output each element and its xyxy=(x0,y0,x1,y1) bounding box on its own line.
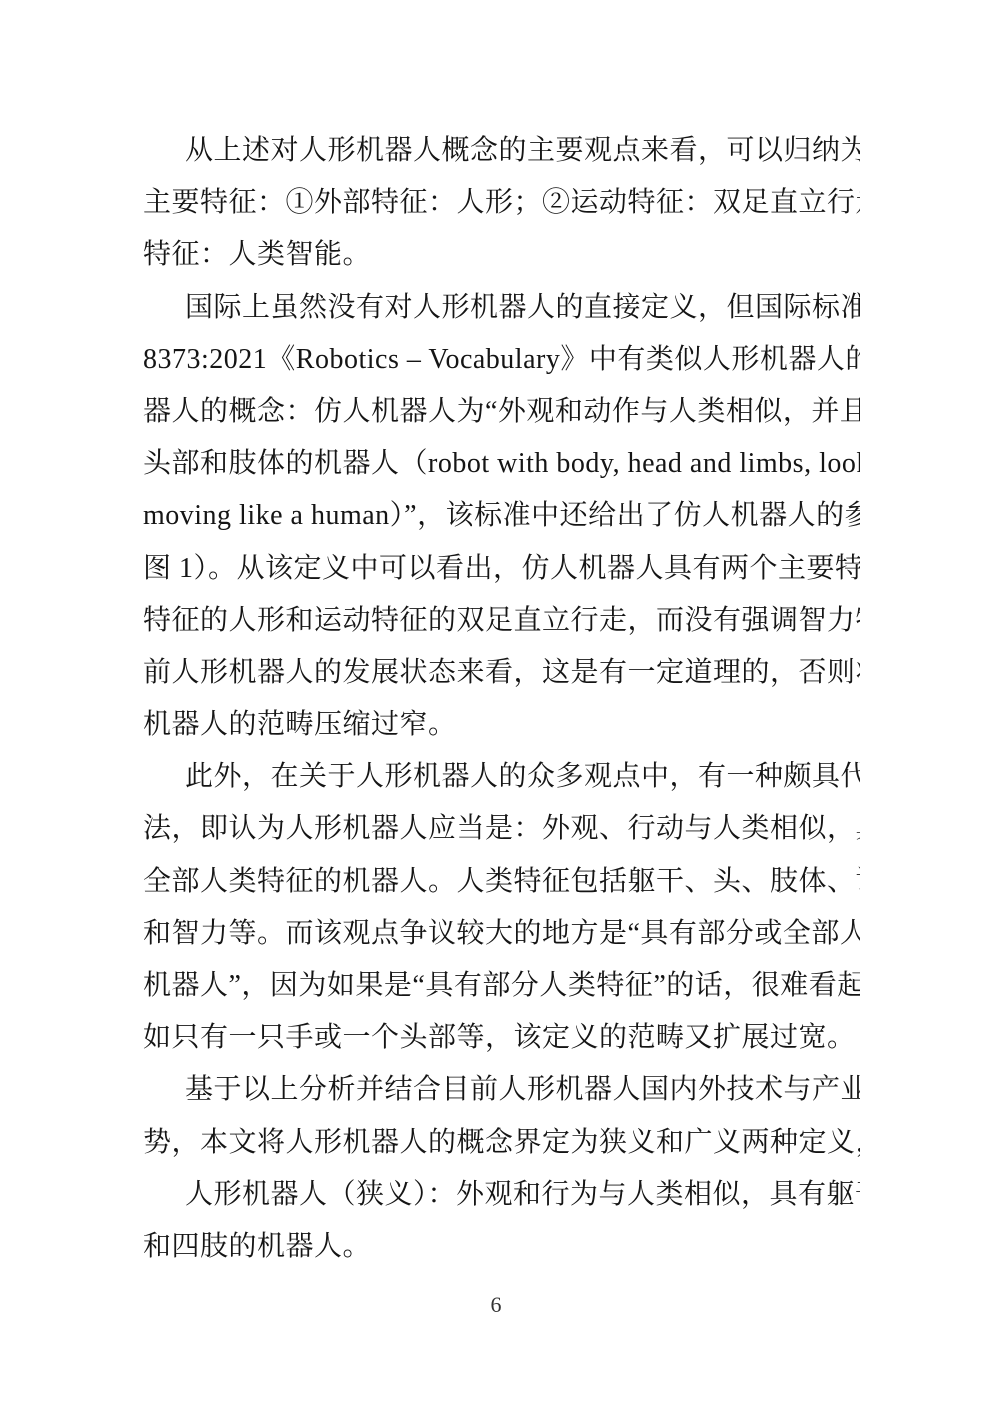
text-line: 从上述对人形机器人概念的主要观点来看，可以归纳为如下三个 xyxy=(143,125,860,177)
paragraph: 从上述对人形机器人概念的主要观点来看，可以归纳为如下三个 主要特征：①外部特征：… xyxy=(143,125,860,282)
text-line: 图 1）。从该定义中可以看出，仿人机器人具有两个主要特征，即外部 xyxy=(143,543,860,595)
text-line: 特征：人类智能。 xyxy=(143,229,860,281)
text-line: 和四肢的机器人。 xyxy=(143,1221,860,1273)
text-line: 机器人”，因为如果是“具有部分人类特征”的话，很难看起来像“人”， xyxy=(143,960,860,1012)
page-number: 6 xyxy=(0,1290,992,1320)
text-line: 人形机器人（狭义）：外观和行为与人类相似，具有躯干、头部 xyxy=(143,1169,860,1221)
document-page: 从上述对人形机器人概念的主要观点来看，可以归纳为如下三个 主要特征：①外部特征：… xyxy=(0,0,992,1403)
text-line: 基于以上分析并结合目前人形机器人国内外技术与产业发展趋 xyxy=(143,1064,860,1116)
text-line: moving like a human）”，该标准中还给出了仿人机器人的参考图（… xyxy=(143,490,860,542)
paragraph: 国际上虽然没有对人形机器人的直接定义，但国际标准 ISO 8373:2021《R… xyxy=(143,282,860,752)
text-line: 器人的概念：仿人机器人为“外观和动作与人类相似，并且具有躯干、 xyxy=(143,386,860,438)
text-line: 全部人类特征的机器人。人类特征包括躯干、头、肢体、语言、动作 xyxy=(143,856,860,908)
text-line: 此外，在关于人形机器人的众多观点中，有一种颇具代表性的看 xyxy=(143,751,860,803)
text-line: 如只有一只手或一个头部等，该定义的范畴又扩展过宽。 xyxy=(143,1012,860,1064)
paragraph: 此外，在关于人形机器人的众多观点中，有一种颇具代表性的看 法，即认为人形机器人应… xyxy=(143,751,860,1064)
text-line: 8373:2021《Robotics – Vocabulary》中有类似人形机器… xyxy=(143,334,860,386)
paragraph: 基于以上分析并结合目前人形机器人国内外技术与产业发展趋 势，本文将人形机器人的概… xyxy=(143,1064,860,1168)
text-line: 头部和肢体的机器人（robot with body, head and limb… xyxy=(143,438,860,490)
paragraph: 人形机器人（狭义）：外观和行为与人类相似，具有躯干、头部 和四肢的机器人。 xyxy=(143,1169,860,1273)
text-line: 法，即认为人形机器人应当是：外观、行动与人类相似，具有部分或 xyxy=(143,803,860,855)
text-line: 和智力等。而该观点争议较大的地方是“具有部分或全部人类特征的 xyxy=(143,908,860,960)
text-line: 势，本文将人形机器人的概念界定为狭义和广义两种定义，即： xyxy=(143,1117,860,1169)
text-line: 主要特征：①外部特征：人形；②运动特征：双足直立行走；③智力 xyxy=(143,177,860,229)
text-line: 前人形机器人的发展状态来看，这是有一定道理的，否则将会把人形 xyxy=(143,647,860,699)
document-body: 从上述对人形机器人概念的主要观点来看，可以归纳为如下三个 主要特征：①外部特征：… xyxy=(143,125,860,1273)
text-line: 国际上虽然没有对人形机器人的直接定义，但国际标准 ISO xyxy=(143,282,860,334)
text-line: 特征的人形和运动特征的双足直立行走，而没有强调智力特征。从目 xyxy=(143,595,860,647)
text-line: 机器人的范畴压缩过窄。 xyxy=(143,699,860,751)
